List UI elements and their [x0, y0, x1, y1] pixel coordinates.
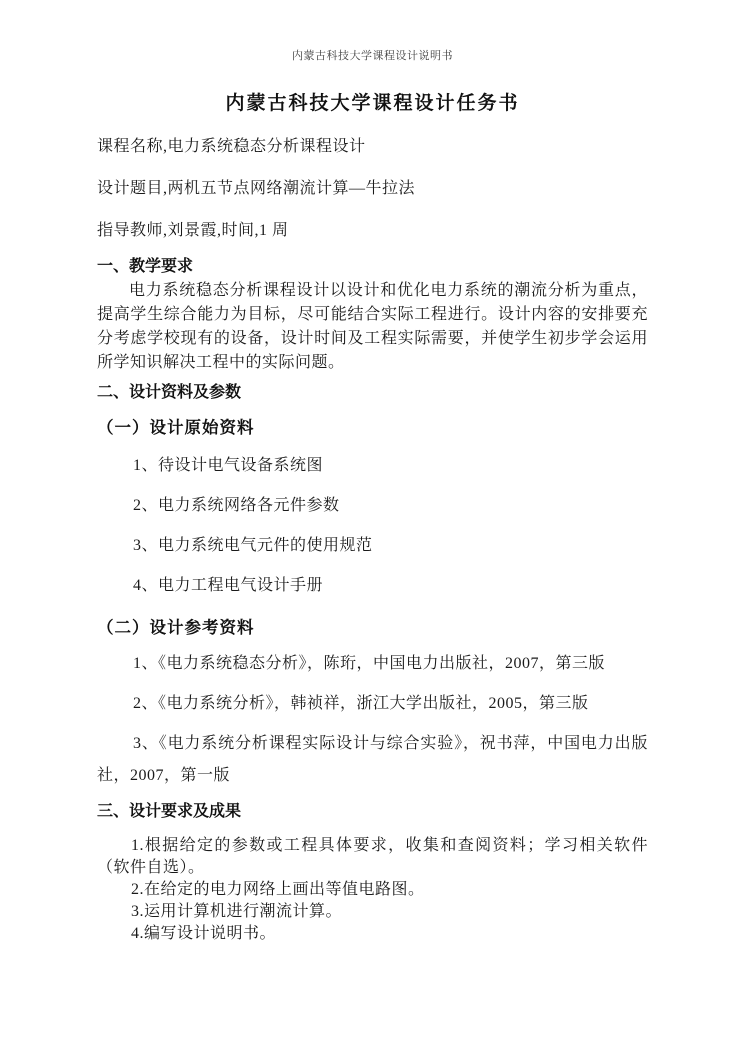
requirement-item: 2.在给定的电力网络上画出等值电路图。	[97, 879, 648, 901]
section2-sub2-heading: （二）设计参考资料	[97, 616, 648, 640]
course-name-line: 课程名称,电力系统稳态分析课程设计	[97, 135, 648, 159]
section2-sub1-heading: （一）设计原始资料	[97, 416, 648, 440]
reference-item: 2、《电力系统分析》，韩祯祥，浙江大学出版社，2005，第三版	[97, 688, 648, 720]
list-item: 1、待设计电气设备系统图	[97, 454, 648, 478]
reference-item: 1、《电力系统稳态分析》，陈珩，中国电力出版社，2007，第三版	[97, 648, 648, 680]
section3-heading: 三、设计要求及成果	[97, 800, 648, 824]
list-item: 2、电力系统网络各元件参数	[97, 494, 648, 518]
design-topic-line: 设计题目,两机五节点网络潮流计算—牛拉法	[97, 177, 648, 201]
advisor-time-line: 指导教师,刘景霞,时间,1 周	[97, 219, 648, 243]
section1-paragraph: 电力系统稳态分析课程设计以设计和优化电力系统的潮流分析为重点，提高学生综合能力为…	[97, 279, 648, 375]
list-item: 3、电力系统电气元件的使用规范	[97, 534, 648, 558]
requirement-item: 4.编写设计说明书。	[97, 923, 648, 945]
reference-item: 3、《电力系统分析课程实际设计与综合实验》，祝书萍，中国电力出版社，2007，第…	[97, 728, 648, 792]
page-header-text: 内蒙古科技大学课程设计说明书	[97, 48, 648, 64]
section1-heading: 一、教学要求	[97, 255, 648, 279]
section2-heading: 二、设计资料及参数	[97, 381, 648, 405]
list-item: 4、电力工程电气设计手册	[97, 574, 648, 598]
requirement-item: 1.根据给定的参数或工程具体要求，收集和查阅资料；学习相关软件（软件自选）。	[97, 835, 648, 879]
document-page: 内蒙古科技大学课程设计说明书 内蒙古科技大学课程设计任务书 课程名称,电力系统稳…	[0, 0, 744, 1052]
document-title: 内蒙古科技大学课程设计任务书	[97, 91, 648, 117]
requirement-item: 3.运用计算机进行潮流计算。	[97, 901, 648, 923]
